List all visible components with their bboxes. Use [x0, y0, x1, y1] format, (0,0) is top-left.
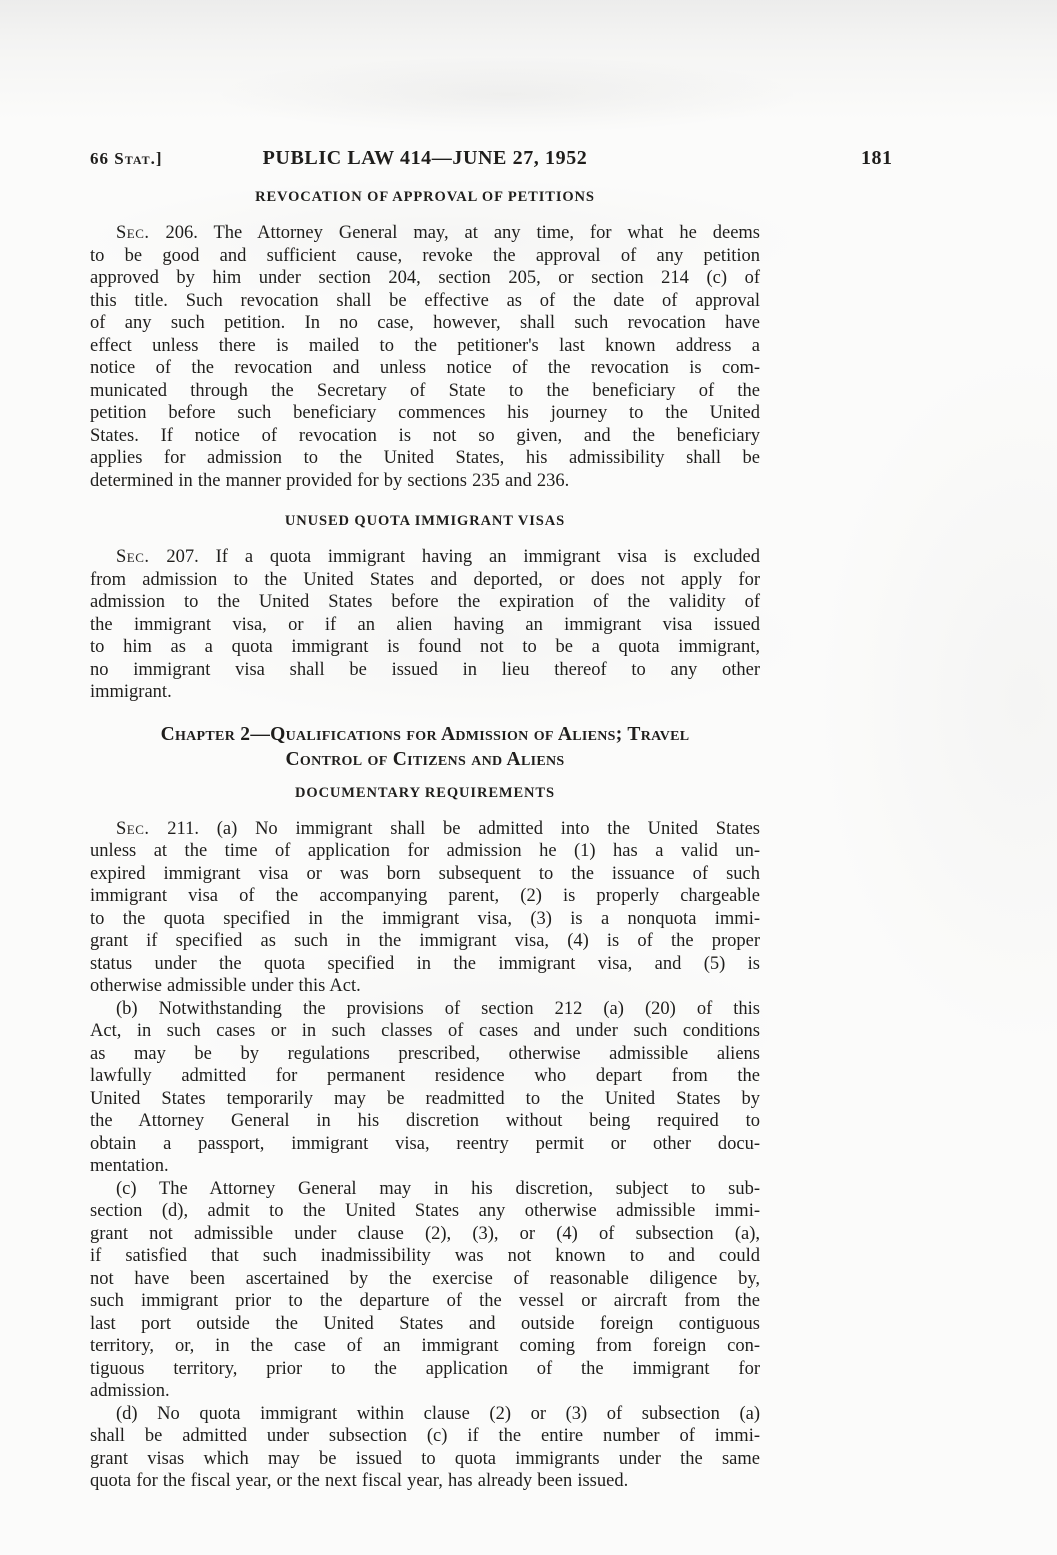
- text-line: as may be by regulations prescribed, oth…: [90, 1043, 760, 1066]
- chapter-2-heading: Chapter 2—Qualifications for Admission o…: [90, 722, 760, 772]
- content-column: REVOCATION OF APPROVAL OF PETITIONSSec. …: [90, 180, 760, 1493]
- chapter-heading-line: Control of Citizens and Aliens: [90, 747, 760, 772]
- sec-211-b: (b) Notwithstanding the provisions of se…: [90, 998, 760, 1178]
- text-line: status under the quota specified in the …: [90, 953, 760, 976]
- text-line: States. If notice of revocation is not s…: [90, 425, 760, 448]
- text-line: immigrant.: [90, 681, 760, 704]
- text-line: obtain a passport, immigrant visa, reent…: [90, 1133, 760, 1156]
- text-line: Act, in such cases or in such classes of…: [90, 1020, 760, 1043]
- text-line: territory, or, in the case of an immigra…: [90, 1335, 760, 1358]
- sec-207: Sec. 207. If a quota immigrant having an…: [90, 546, 760, 704]
- sec-206: Sec. 206. The Attorney General may, at a…: [90, 222, 760, 492]
- text-line: expired immigrant visa or was born subse…: [90, 863, 760, 886]
- text-line: section (d), admit to the United States …: [90, 1200, 760, 1223]
- text-line: grant if specified as such in the immigr…: [90, 930, 760, 953]
- sec-211-a: Sec. 211. (a) No immigrant shall be admi…: [90, 818, 760, 998]
- text-line: petition before such beneficiary commenc…: [90, 402, 760, 425]
- text-line: this title. Such revocation shall be eff…: [90, 290, 760, 313]
- text-line: municated through the Secretary of State…: [90, 380, 760, 403]
- text-line: Sec. 206. The Attorney General may, at a…: [90, 222, 760, 245]
- sec-211-c: (c) The Attorney General may in his disc…: [90, 1178, 760, 1403]
- text-line: tiguous territory, prior to the applicat…: [90, 1358, 760, 1381]
- text-line: from admission to the United States and …: [90, 569, 760, 592]
- text-line: of any such petition. In no case, howeve…: [90, 312, 760, 335]
- text-line: applies for admission to the United Stat…: [90, 447, 760, 470]
- text-line: not have been ascertained by the exercis…: [90, 1268, 760, 1291]
- text-line: no immigrant visa shall be issued in lie…: [90, 659, 760, 682]
- text-line: the immigrant visa, or if an alien havin…: [90, 614, 760, 637]
- text-line: shall be admitted under subsection (c) i…: [90, 1425, 760, 1448]
- section-label: Sec.: [116, 223, 150, 243]
- statute-page: 66 Stat.] PUBLIC LAW 414—JUNE 27, 1952 1…: [0, 0, 1057, 1555]
- text-line: to him as a quota immigrant is found not…: [90, 636, 760, 659]
- section-heading: REVOCATION OF APPROVAL OF PETITIONS: [90, 188, 760, 206]
- chapter-heading-line: Chapter 2—Qualifications for Admission o…: [90, 722, 760, 747]
- text-line: (c) The Attorney General may in his disc…: [90, 1178, 760, 1201]
- text-line: last port outside the United States and …: [90, 1313, 760, 1336]
- text-line: effect unless there is mailed to the pet…: [90, 335, 760, 358]
- text-line: quota for the fiscal year, or the next f…: [90, 1470, 760, 1493]
- text-line: admission to the United States before th…: [90, 591, 760, 614]
- running-head: 66 Stat.] PUBLIC LAW 414—JUNE 27, 1952 1…: [0, 147, 1057, 177]
- text-line: if satisfied that such inadmissibility w…: [90, 1245, 760, 1268]
- text-line: (b) Notwithstanding the provisions of se…: [90, 998, 760, 1021]
- text-line: (d) No quota immigrant within clause (2)…: [90, 1403, 760, 1426]
- text-line: admission.: [90, 1380, 760, 1403]
- section-label: Sec.: [116, 547, 150, 567]
- text-line: Sec. 211. (a) No immigrant shall be admi…: [90, 818, 760, 841]
- text-line: otherwise admissible under this Act.: [90, 975, 760, 998]
- section-heading: UNUSED QUOTA IMMIGRANT VISAS: [90, 512, 760, 530]
- text-line: the Attorney General in his discretion w…: [90, 1110, 760, 1133]
- text-line: grant visas which may be issued to quota…: [90, 1448, 760, 1471]
- text-line: lawfully admitted for permanent residenc…: [90, 1065, 760, 1088]
- law-title: PUBLIC LAW 414—JUNE 27, 1952: [90, 147, 760, 170]
- section-heading: DOCUMENTARY REQUIREMENTS: [90, 784, 760, 802]
- text-line: approved by him under section 204, secti…: [90, 267, 760, 290]
- text-line: notice of the revocation and unless noti…: [90, 357, 760, 380]
- text-line: United States temporarily may be readmit…: [90, 1088, 760, 1111]
- text-line: mentation.: [90, 1155, 760, 1178]
- text-line: immigrant visa of the accompanying paren…: [90, 885, 760, 908]
- text-line: to be good and sufficient cause, revoke …: [90, 245, 760, 268]
- sec-211-d: (d) No quota immigrant within clause (2)…: [90, 1403, 760, 1493]
- text-line: Sec. 207. If a quota immigrant having an…: [90, 546, 760, 569]
- text-line: unless at the time of application for ad…: [90, 840, 760, 863]
- text-line: such immigrant prior to the departure of…: [90, 1290, 760, 1313]
- section-label: Sec.: [116, 819, 150, 839]
- text-line: grant not admissible under clause (2), (…: [90, 1223, 760, 1246]
- text-line: determined in the manner provided for by…: [90, 470, 760, 493]
- text-line: to the quota specified in the immigrant …: [90, 908, 760, 931]
- page-number: 181: [861, 147, 893, 170]
